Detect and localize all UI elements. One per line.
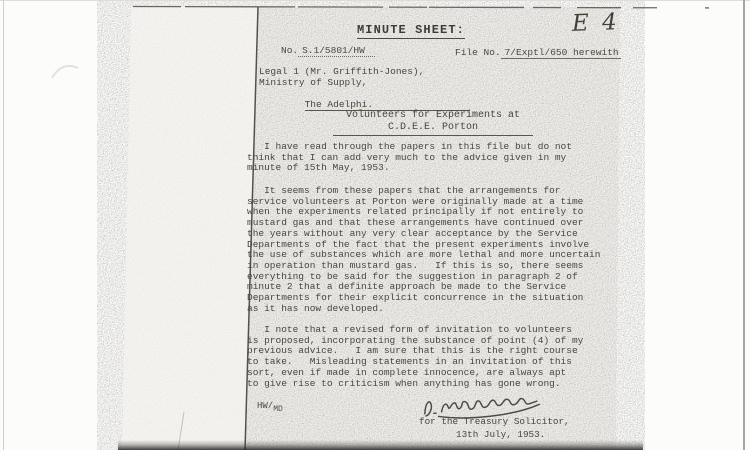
scanned-minute-sheet: MINUTE SHEET: E 4 No.S.1/5801/HW File No… <box>0 0 750 450</box>
subject-line-1: Volunteers for Experiments at <box>333 110 533 122</box>
typed-line: the years without any very clear accepta… <box>247 229 600 240</box>
signature-date: 13th July, 1953. <box>456 429 545 440</box>
body-paragraph-3: I note that a revised form of invitation… <box>247 325 583 389</box>
reference-label: No. <box>281 45 298 56</box>
file-number: File No.7/Exptl/650 herewith <box>455 47 621 58</box>
reference-value: S.1/5801/HW <box>298 45 375 57</box>
typist-initials-right: MD <box>273 405 283 414</box>
subject-line-2: C.D.E.E. Porton <box>333 122 533 136</box>
signature-role: for the Treasury Solicitor, <box>419 416 570 427</box>
document-content: MINUTE SHEET: E 4 No.S.1/5801/HW File No… <box>0 0 750 450</box>
file-value: 7/Exptl/650 herewith <box>501 47 621 59</box>
subject-title: Volunteers for Experiments at C.D.E.E. P… <box>333 110 533 136</box>
addressee-line-1: Legal 1 (Mr. Griffith-Jones), <box>259 66 470 77</box>
body-paragraph-1: I have read through the papers in this f… <box>247 142 572 174</box>
typist-initials-left: HW/ <box>257 401 273 411</box>
reference-number: No.S.1/5801/HW <box>281 45 375 56</box>
typed-line: as it has now developed. <box>247 304 600 315</box>
body-paragraph-2: It seems from these papers that the arra… <box>247 186 600 314</box>
typist-initials: HW/MD <box>257 401 283 414</box>
typed-line: sort, even if made in complete innocence… <box>247 368 583 379</box>
page-title: MINUTE SHEET: <box>357 23 465 39</box>
file-label: File No. <box>455 47 501 58</box>
addressee-line-2: Ministry of Supply, <box>259 77 470 88</box>
stamp-annotation: E 4 <box>572 9 621 37</box>
typed-line: minute of 15th May, 1953. <box>247 163 572 174</box>
